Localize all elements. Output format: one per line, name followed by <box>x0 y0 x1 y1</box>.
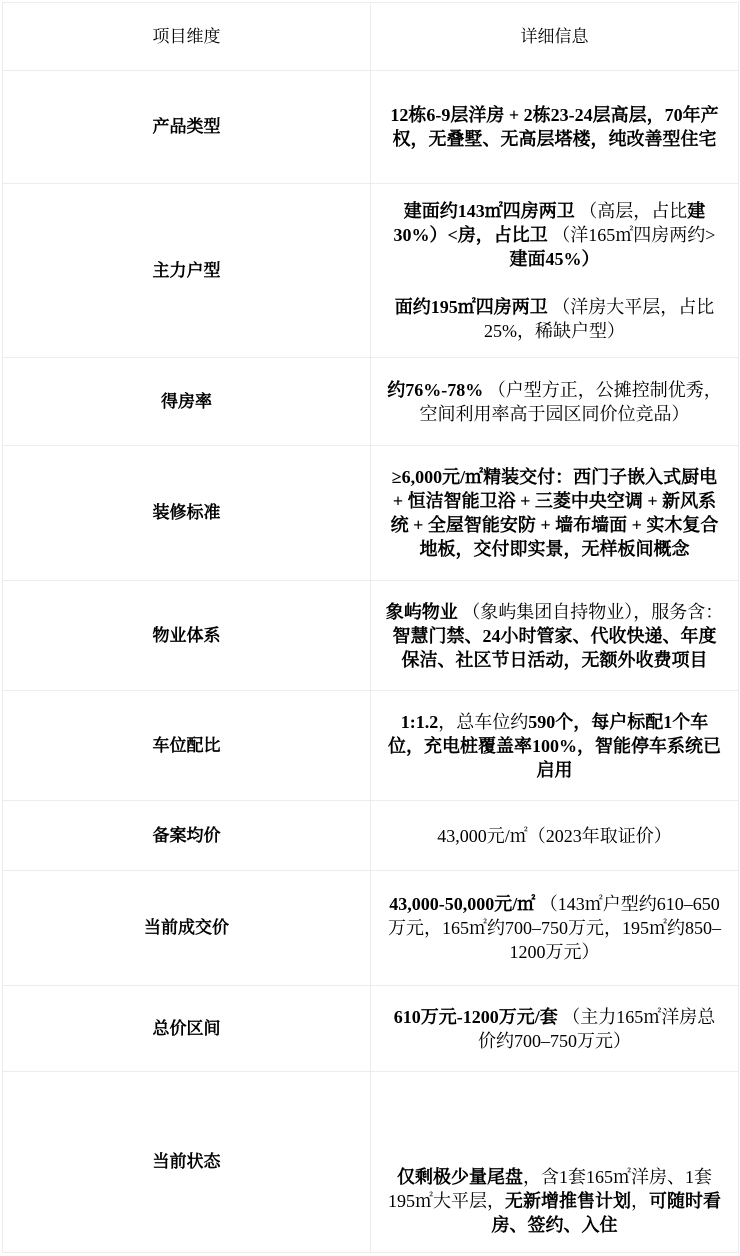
table-body: 产品类型12栋6-9层洋房 + 2栋23-24层高层，70年产权，无叠墅、无高层… <box>3 71 739 1253</box>
text-segment: 面约195㎡四房两卫 <box>395 297 548 317</box>
text-segment: 1:1.2 <box>401 712 439 732</box>
text-segment: 43,000元/㎡（2023年取证价） <box>437 826 672 846</box>
content-paragraph: 43,000-50,000元/㎡ （143㎡户型约610–650万元，165㎡约… <box>385 892 724 964</box>
row-content: 43,000-50,000元/㎡ （143㎡户型约610–650万元，165㎡约… <box>371 871 739 986</box>
table-row: 备案均价43,000元/㎡（2023年取证价） <box>3 801 739 871</box>
header-cell-details: 详细信息 <box>371 3 739 71</box>
row-content: 610万元-1200万元/套 （主力165㎡洋房总价约700–750万元） <box>371 986 739 1072</box>
row-label: 装修标准 <box>3 446 371 581</box>
text-segment: 智慧门禁、24小时管家、代收快递、年度保洁、社区节日活动，无额外收费项目 <box>393 626 717 670</box>
content-paragraph: 约76%-78% （户型方正，公摊控制优秀，空间利用率高于园区同价位竞品） <box>385 378 724 426</box>
content-paragraph: 610万元-1200万元/套 （主力165㎡洋房总价约700–750万元） <box>385 1005 724 1053</box>
content-paragraph: 12栋6-9层洋房 + 2栋23-24层高层，70年产权，无叠墅、无高层塔楼，纯… <box>385 103 724 151</box>
text-segment: 12栋6-9层洋房 + 2栋23-24层高层，70年产权，无叠墅、无高层塔楼，纯… <box>390 105 718 149</box>
text-segment: （洋165㎡四房两约> <box>548 225 716 245</box>
row-label: 产品类型 <box>3 71 371 184</box>
text-segment: ，总车位约 <box>438 712 528 732</box>
row-label: 当前状态 <box>3 1072 371 1253</box>
content-paragraph: ≥6,000元/㎡精装交付：西门子嵌入式厨电 + 恒洁智能卫浴 + 三菱中央空调… <box>385 465 724 561</box>
row-content: 1:1.2，总车位约590个，每户标配1个车位，充电桩覆盖率100%，智能停车系… <box>371 691 739 801</box>
text-segment: 象屿物业 <box>386 602 458 622</box>
content-block: 43,000-50,000元/㎡ （143㎡户型约610–650万元，165㎡约… <box>385 892 724 964</box>
row-label: 主力户型 <box>3 184 371 358</box>
content-block: 12栋6-9层洋房 + 2栋23-24层高层，70年产权，无叠墅、无高层塔楼，纯… <box>385 103 724 151</box>
text-segment: 仅剩极少量尾盘 <box>397 1167 523 1187</box>
row-content: 仅剩极少量尾盘，含1套165㎡洋房、1套195㎡大平层，无新增推售计划，可随时看… <box>371 1072 739 1253</box>
table-row: 产品类型12栋6-9层洋房 + 2栋23-24层高层，70年产权，无叠墅、无高层… <box>3 71 739 184</box>
table-row: 主力户型建面约143㎡四房两卫 （高层，占比建 30%）<房，占比卫 （洋165… <box>3 184 739 358</box>
text-segment: ， <box>631 1191 649 1211</box>
table-row: 当前成交价43,000-50,000元/㎡ （143㎡户型约610–650万元，… <box>3 871 739 986</box>
text-segment: 无新增推售计划 <box>505 1191 631 1211</box>
text-segment: 43,000-50,000元/㎡ <box>389 894 535 914</box>
content-paragraph: 象屿物业 （象屿集团自持物业），服务含：智慧门禁、24小时管家、代收快递、年度保… <box>385 600 724 672</box>
row-content: 43,000元/㎡（2023年取证价） <box>371 801 739 871</box>
content-paragraph: 建面约143㎡四房两卫 （高层，占比建 30%）<房，占比卫 （洋165㎡四房两… <box>385 199 724 271</box>
table-row: 当前状态仅剩极少量尾盘，含1套165㎡洋房、1套195㎡大平层，无新增推售计划，… <box>3 1072 739 1253</box>
table-row: 总价区间610万元-1200万元/套 （主力165㎡洋房总价约700–750万元… <box>3 986 739 1072</box>
content-paragraph: 仅剩极少量尾盘，含1套165㎡洋房、1套195㎡大平层，无新增推售计划，可随时看… <box>385 1165 724 1237</box>
content-block: 仅剩极少量尾盘，含1套165㎡洋房、1套195㎡大平层，无新增推售计划，可随时看… <box>385 1165 724 1237</box>
table-header: 项目维度 详细信息 <box>3 3 739 71</box>
table-row: 物业体系象屿物业 （象屿集团自持物业），服务含：智慧门禁、24小时管家、代收快递… <box>3 581 739 691</box>
text-segment: 建面约143㎡四房两卫 <box>404 201 575 221</box>
table-row: 装修标准≥6,000元/㎡精装交付：西门子嵌入式厨电 + 恒洁智能卫浴 + 三菱… <box>3 446 739 581</box>
row-label: 车位配比 <box>3 691 371 801</box>
content-block: 建面约143㎡四房两卫 （高层，占比建 30%）<房，占比卫 （洋165㎡四房两… <box>385 199 724 343</box>
text-segment: 约76%-78% <box>387 380 483 400</box>
row-content: 约76%-78% （户型方正，公摊控制优秀，空间利用率高于园区同价位竞品） <box>371 358 739 446</box>
table-row: 得房率约76%-78% （户型方正，公摊控制优秀，空间利用率高于园区同价位竞品） <box>3 358 739 446</box>
content-block: ≥6,000元/㎡精装交付：西门子嵌入式厨电 + 恒洁智能卫浴 + 三菱中央空调… <box>385 465 724 561</box>
content-block: 610万元-1200万元/套 （主力165㎡洋房总价约700–750万元） <box>385 1005 724 1053</box>
row-label: 得房率 <box>3 358 371 446</box>
content-block: 约76%-78% （户型方正，公摊控制优秀，空间利用率高于园区同价位竞品） <box>385 378 724 426</box>
row-content: 12栋6-9层洋房 + 2栋23-24层高层，70年产权，无叠墅、无高层塔楼，纯… <box>371 71 739 184</box>
row-label: 备案均价 <box>3 801 371 871</box>
row-content: ≥6,000元/㎡精装交付：西门子嵌入式厨电 + 恒洁智能卫浴 + 三菱中央空调… <box>371 446 739 581</box>
row-content: 建面约143㎡四房两卫 （高层，占比建 30%）<房，占比卫 （洋165㎡四房两… <box>371 184 739 358</box>
content-paragraph: 43,000元/㎡（2023年取证价） <box>385 824 724 848</box>
content-block: 43,000元/㎡（2023年取证价） <box>385 824 724 848</box>
content-block: 象屿物业 （象屿集团自持物业），服务含：智慧门禁、24小时管家、代收快递、年度保… <box>385 600 724 672</box>
table-row: 车位配比1:1.2，总车位约590个，每户标配1个车位，充电桩覆盖率100%，智… <box>3 691 739 801</box>
row-content: 象屿物业 （象屿集团自持物业），服务含：智慧门禁、24小时管家、代收快递、年度保… <box>371 581 739 691</box>
text-segment: （象屿集团自持物业），服务含： <box>458 602 724 622</box>
content-block: 1:1.2，总车位约590个，每户标配1个车位，充电桩覆盖率100%，智能停车系… <box>385 710 724 782</box>
content-paragraph: 面约195㎡四房两卫 （洋房大平层，占比25%，稀缺户型） <box>385 295 724 343</box>
text-segment: ≥6,000元/㎡精装交付：西门子嵌入式厨电 + 恒洁智能卫浴 + 三菱中央空调… <box>391 467 719 559</box>
page: 项目维度 详细信息 产品类型12栋6-9层洋房 + 2栋23-24层高层，70年… <box>2 2 738 1253</box>
property-info-table: 项目维度 详细信息 产品类型12栋6-9层洋房 + 2栋23-24层高层，70年… <box>2 2 739 1253</box>
text-segment: 610万元-1200万元/套 <box>394 1007 558 1027</box>
row-label: 当前成交价 <box>3 871 371 986</box>
header-cell-dimension: 项目维度 <box>3 3 371 71</box>
text-segment: （高层，占比 <box>575 201 688 221</box>
content-paragraph: 1:1.2，总车位约590个，每户标配1个车位，充电桩覆盖率100%，智能停车系… <box>385 710 724 782</box>
row-label: 总价区间 <box>3 986 371 1072</box>
header-row: 项目维度 详细信息 <box>3 3 739 71</box>
text-segment: 建面45%） <box>510 249 600 269</box>
row-label: 物业体系 <box>3 581 371 691</box>
